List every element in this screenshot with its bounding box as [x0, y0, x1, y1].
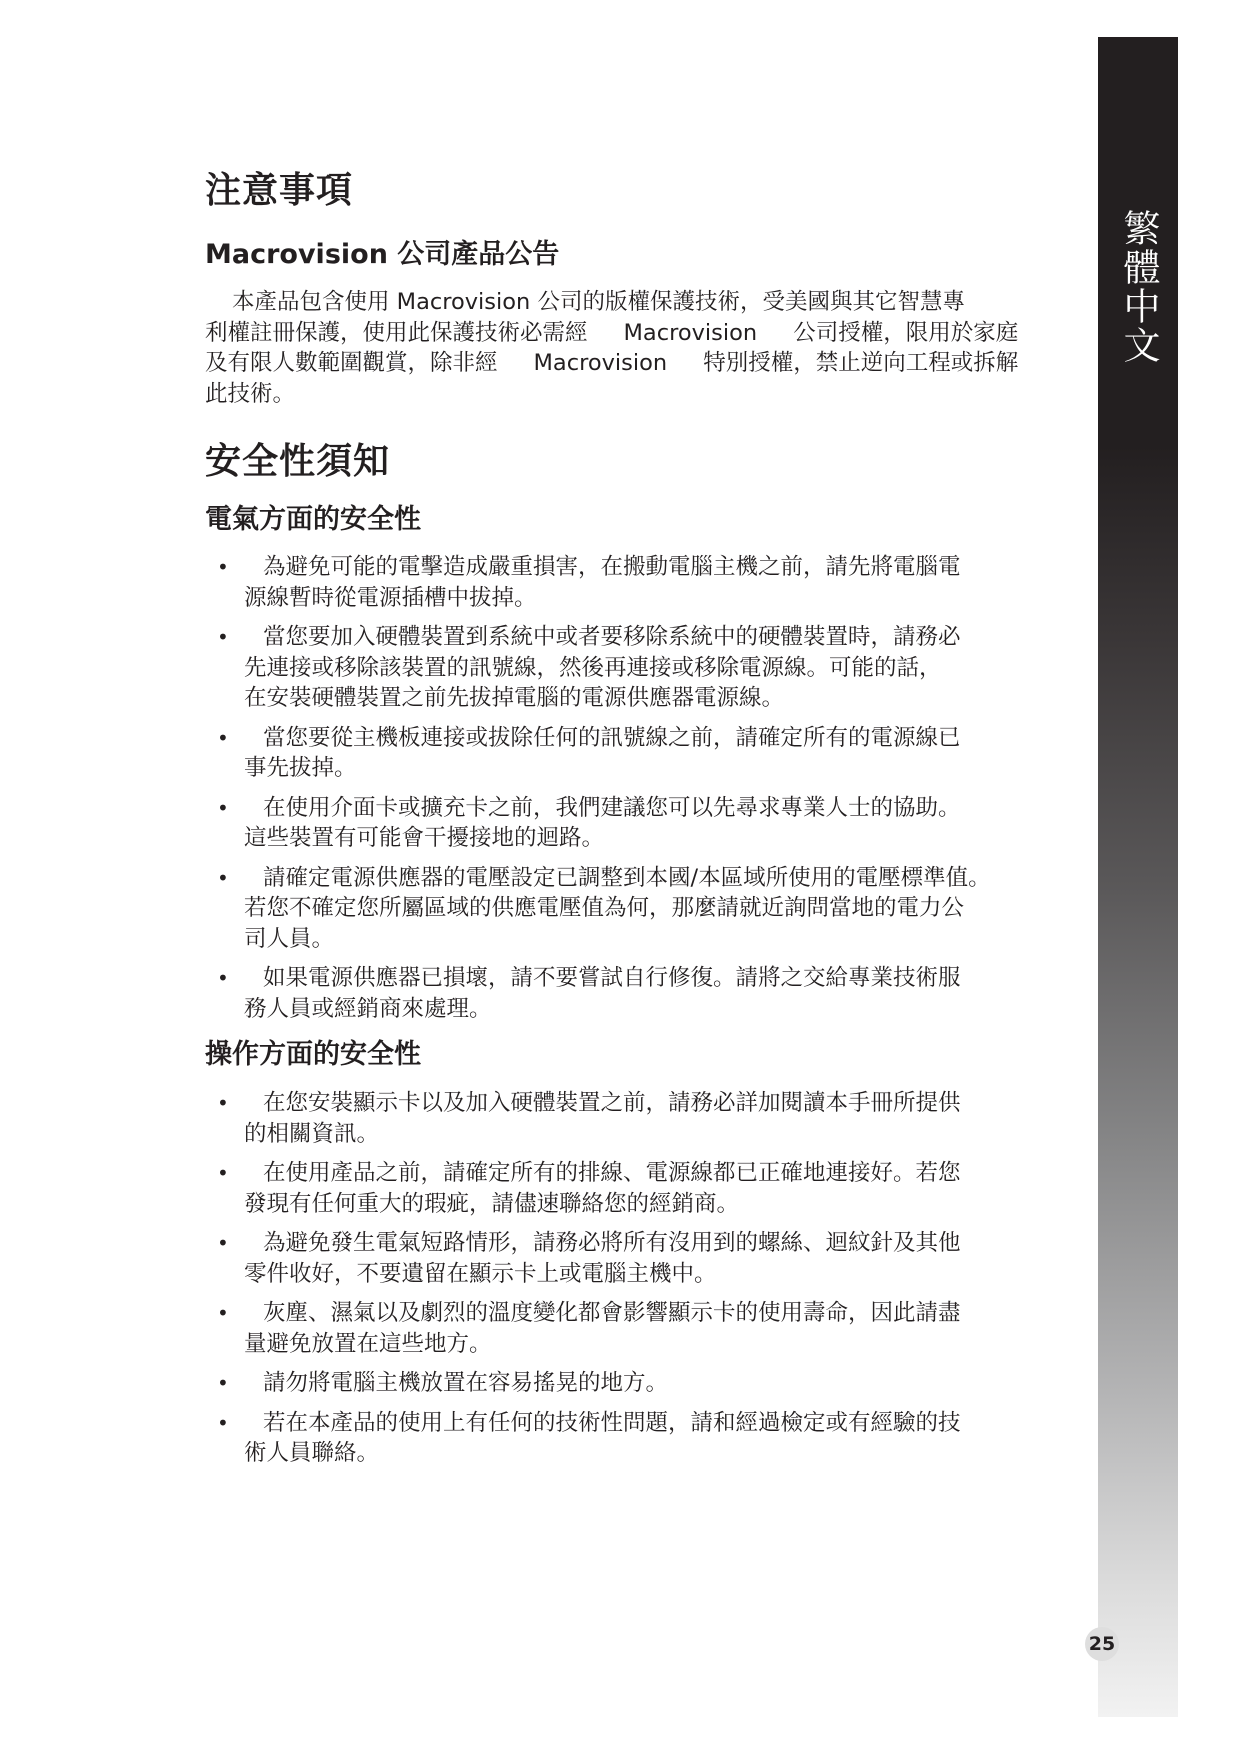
list-item: •在使用產品之前，請確定所有的排線、電源線都已正確地連接好。若您發現有任何重大的…	[205, 1158, 1085, 1219]
language-tab-label: 繁體中文	[1098, 209, 1178, 365]
bullet-icon: •	[217, 1088, 229, 1119]
electrical-safety-list: •為避免可能的電擊造成嚴重損害，在搬動電腦主機之前，請先將電腦電源線暫時從電源插…	[205, 552, 1085, 1033]
language-side-tab: 繁體中文	[1098, 37, 1178, 1717]
list-item: •若在本產品的使用上有任何的技術性問題，請和經過檢定或有經驗的技術人員聯絡。	[205, 1408, 1085, 1469]
list-item: •當您要從主機板連接或拔除任何的訊號線之前，請確定所有的電源線已事先拔掉。	[205, 723, 1085, 784]
macrovision-notice-paragraph: 本產品包含使用 Macrovision 公司的版權保護技術，受美國與其它智慧專 …	[205, 287, 1085, 409]
paragraph-line: 及有限人數範圍觀賞，除非經Macrovision特別授權，禁止逆向工程或拆解	[205, 348, 1085, 379]
list-item: •在您安裝顯示卡以及加入硬體裝置之前，請務必詳加閱讀本手冊所提供的相關資訊。	[205, 1088, 1085, 1149]
list-item: •在使用介面卡或擴充卡之前，我們建議您可以先尋求專業人士的協助。這些裝置有可能會…	[205, 793, 1085, 854]
list-item: •當您要加入硬體裝置到系統中或者要移除系統中的硬體裝置時，請務必先連接或移除該裝…	[205, 622, 1085, 714]
bullet-icon: •	[217, 723, 229, 754]
manual-page: 繁體中文 25 注意事項 Macrovision 公司產品公告 本產品包含使用 …	[0, 0, 1241, 1754]
notice-heading: 注意事項	[205, 162, 353, 213]
electrical-safety-heading: 電氣方面的安全性	[205, 497, 421, 536]
list-item: •請確定電源供應器的電壓設定已調整到本國/本區域所使用的電壓標準值。若您不確定您…	[205, 863, 1085, 955]
bullet-icon: •	[217, 1368, 229, 1399]
macrovision-heading: Macrovision 公司產品公告	[205, 232, 559, 271]
list-item: •如果電源供應器已損壞，請不要嘗試自行修復。請將之交給專業技術服務人員或經銷商來…	[205, 963, 1085, 1024]
bullet-icon: •	[217, 963, 229, 994]
list-item: •為避免發生電氣短路情形，請務必將所有沒用到的螺絲、迴紋針及其他零件收好，不要遺…	[205, 1228, 1085, 1289]
bullet-icon: •	[217, 552, 229, 583]
safety-heading: 安全性須知	[205, 433, 390, 484]
bullet-icon: •	[217, 1408, 229, 1439]
bullet-icon: •	[217, 863, 229, 894]
list-item: •請勿將電腦主機放置在容易搖晃的地方。	[205, 1368, 1085, 1399]
page-number: 25	[1085, 1627, 1119, 1661]
bullet-icon: •	[217, 622, 229, 653]
operational-safety-list: •在您安裝顯示卡以及加入硬體裝置之前，請務必詳加閱讀本手冊所提供的相關資訊。 •…	[205, 1088, 1085, 1478]
paragraph-line: 本產品包含使用 Macrovision 公司的版權保護技術，受美國與其它智慧專	[205, 287, 1085, 318]
bullet-icon: •	[217, 1158, 229, 1189]
list-item: •灰塵、濕氣以及劇烈的溫度變化都會影響顯示卡的使用壽命，因此請盡量避免放置在這些…	[205, 1298, 1085, 1359]
paragraph-line: 此技術。	[205, 379, 1085, 410]
bullet-icon: •	[217, 1228, 229, 1259]
list-item: •為避免可能的電擊造成嚴重損害，在搬動電腦主機之前，請先將電腦電源線暫時從電源插…	[205, 552, 1085, 613]
bullet-icon: •	[217, 1298, 229, 1329]
paragraph-line: 利權註冊保護，使用此保護技術必需經Macrovision公司授權，限用於家庭	[205, 318, 1085, 349]
operational-safety-heading: 操作方面的安全性	[205, 1032, 421, 1071]
bullet-icon: •	[217, 793, 229, 824]
